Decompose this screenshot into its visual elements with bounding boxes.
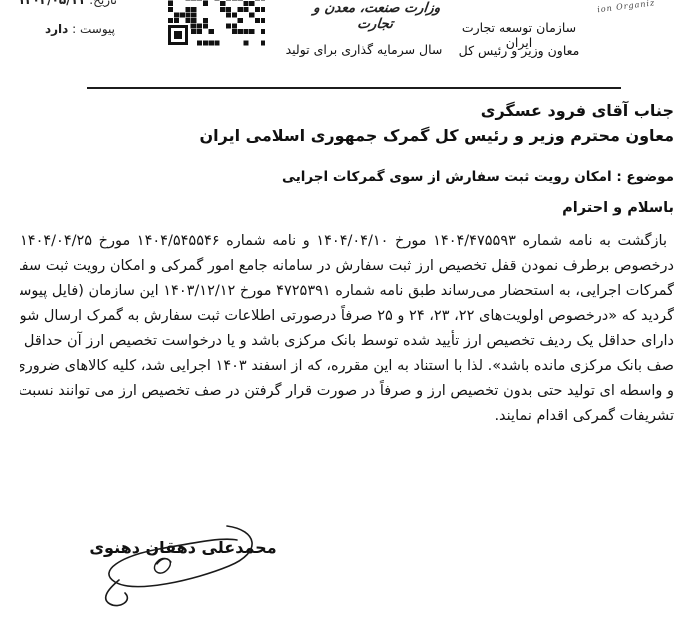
seal-partial-text: ion Organiz — [597, 0, 668, 14]
signatory-name: محمدعلی دهقان دهنوی — [88, 538, 278, 557]
date-row: تاریخ: ۱۴۰۴/۰۵/۱۱ — [5, 0, 117, 7]
qr-code-image — [168, 0, 265, 46]
date-value: ۱۴۰۴/۰۵/۱۱ — [18, 0, 85, 7]
salutation: باسلام و احترام — [20, 200, 674, 216]
body-line: دارای حداقل یک ردیف تخصیص ارز تأیید شده … — [20, 329, 674, 354]
body-line: صف بانک مرکزی مانده باشد». لذا با استناد… — [20, 354, 674, 379]
date-label: تاریخ: — [89, 0, 117, 7]
year-slogan: سال سرمایه گذاری برای تولید — [282, 42, 446, 57]
org-role: معاون وزیر و رئیس کل — [458, 43, 580, 58]
ministry-calligraphy: وزارت صنعت، معدن و تجارت — [301, 0, 450, 32]
body-line: تشریفات گمرکی اقدام نمایند. — [20, 404, 674, 429]
handwritten-signature — [95, 516, 295, 611]
qr-code — [168, 0, 265, 46]
body-line: گمرکات اجرایی، به استحضار می‌رساند طبق ن… — [20, 279, 674, 304]
header-divider — [87, 87, 621, 89]
attachment-row: پیوست : دارد — [15, 22, 115, 36]
letter-body: بازگشت به نامه شماره ۱۴۰۴/۴۷۵۵۹۳ مورخ ۱۴… — [20, 229, 674, 429]
body-line: درخصوص برطرف نمودن قفل تخصیص ارز ثبت سفا… — [20, 254, 674, 279]
signature-stroke — [95, 516, 295, 611]
body-line: گردید که «درخصوص اولویت‌های ۲۲، ۲۳، ۲۴ و… — [20, 304, 674, 329]
attachment-label: پیوست : — [72, 22, 115, 36]
body-line: بازگشت به نامه شماره ۱۴۰۴/۴۷۵۵۹۳ مورخ ۱۴… — [20, 229, 674, 254]
attachment-value: دارد — [45, 22, 68, 36]
body-line: و واسطه ای تولید حتی بدون تخصیص ارز و صر… — [20, 379, 674, 404]
recipient-name: جناب آقای فرود عسگری — [20, 101, 674, 120]
letter-page: تاریخ: ۱۴۰۴/۰۵/۱۱ پیوست : دارد وزارت صنع… — [0, 0, 683, 635]
subject-line: موضوع : امکان رویت ثبت سفارش از سوی گمرک… — [20, 169, 674, 185]
recipient-title: معاون محترم وزیر و رئیس کل گمرک جمهوری ا… — [20, 126, 674, 145]
